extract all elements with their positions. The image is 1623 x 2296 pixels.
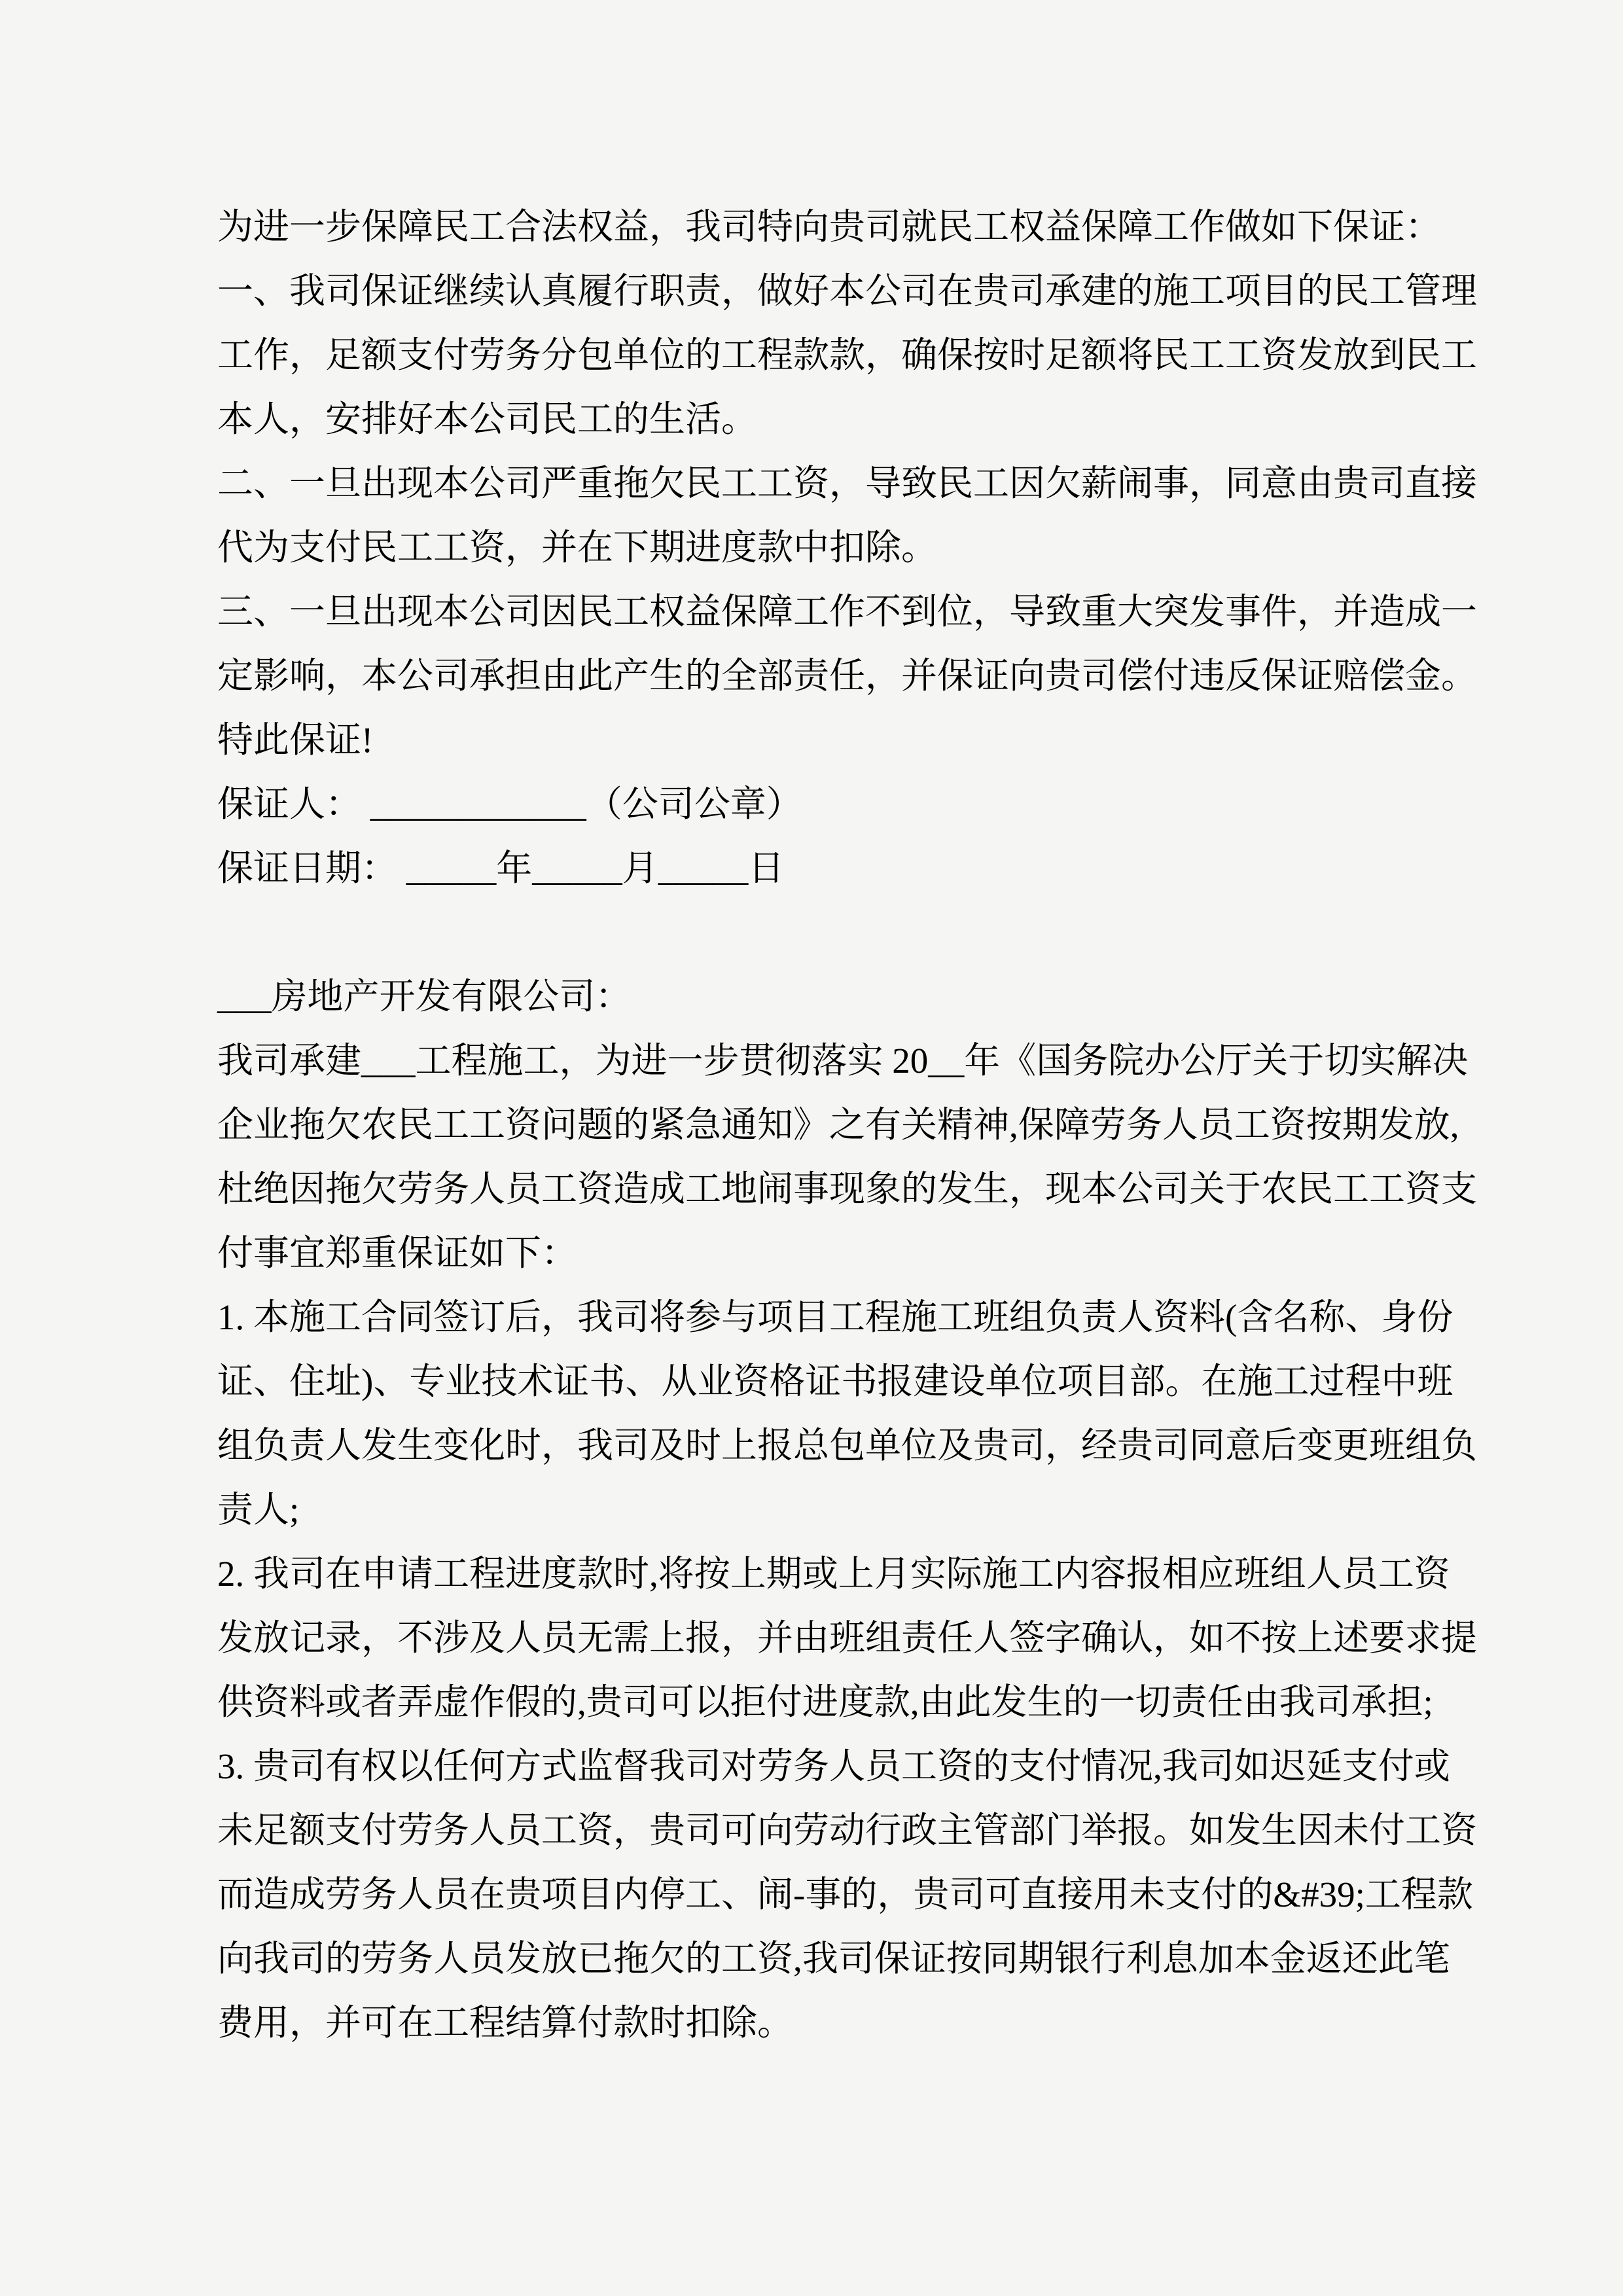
- text-line: 2. 我司在申请工程进度款时,将按上期或上月实际施工内容报相应班组人员工资: [217, 1542, 1395, 1606]
- text-line: 本人，安排好本公司民工的生活。: [217, 387, 1395, 452]
- text-line: 3. 贵司有权以任何方式监督我司对劳务人员工资的支付情况,我司如迟延支付或: [217, 1734, 1395, 1799]
- text-line: ___房地产开发有限公司：: [217, 965, 1395, 1029]
- document-body: 为进一步保障民工合法权益，我司特向贵司就民工权益保障工作做如下保证：一、我司保证…: [217, 195, 1395, 2055]
- text-line: 证、住址)、专业技术证书、从业资格证书报建设单位项目部。在施工过程中班: [217, 1350, 1395, 1414]
- blank-line: [217, 901, 1395, 965]
- text-line: 责人;: [217, 1478, 1395, 1542]
- text-line: 组负责人发生变化时，我司及时上报总包单位及贵司，经贵司同意后变更班组负: [217, 1414, 1395, 1478]
- text-line: 未足额支付劳务人员工资，贵司可向劳动行政主管部门举报。如发生因未付工资: [217, 1799, 1395, 1863]
- text-line: 特此保证!: [217, 708, 1395, 772]
- document-page: 为进一步保障民工合法权益，我司特向贵司就民工权益保障工作做如下保证：一、我司保证…: [0, 0, 1623, 2296]
- text-line: 费用，并可在工程结算付款时扣除。: [217, 1991, 1395, 2055]
- text-line: 企业拖欠农民工工资问题的紧急通知》之有关精神,保障劳务人员工资按期发放,: [217, 1093, 1395, 1157]
- text-line: 定影响，本公司承担由此产生的全部责任，并保证向贵司偿付违反保证赔偿金。: [217, 644, 1395, 708]
- text-line: 向我司的劳务人员发放已拖欠的工资,我司保证按同期银行利息加本金返还此笔: [217, 1927, 1395, 1991]
- page-background: { "page": { "background_color": "#f5f5f3…: [0, 0, 1623, 2296]
- text-line: 代为支付民工工资，并在下期进度款中扣除。: [217, 516, 1395, 580]
- text-line: 二、一旦出现本公司严重拖欠民工工资，导致民工因欠薪闹事，同意由贵司直接: [217, 452, 1395, 516]
- text-line: 保证日期： _____年_____月_____日: [217, 836, 1395, 901]
- text-line: 供资料或者弄虚作假的,贵司可以拒付进度款,由此发生的一切责任由我司承担;: [217, 1670, 1395, 1734]
- text-line: 我司承建___工程施工，为进一步贯彻落实 20__年《国务院办公厅关于切实解决: [217, 1029, 1395, 1093]
- text-line: 工作，足额支付劳务分包单位的工程款款，确保按时足额将民工工资发放到民工: [217, 323, 1395, 387]
- text-line: 付事宜郑重保证如下：: [217, 1221, 1395, 1285]
- text-line: 发放记录，不涉及人员无需上报，并由班组责任人签字确认，如不按上述要求提: [217, 1606, 1395, 1670]
- text-line: 1. 本施工合同签订后，我司将参与项目工程施工班组负责人资料(含名称、身份: [217, 1285, 1395, 1350]
- text-line: 杜绝因拖欠劳务人员工资造成工地闹事现象的发生，现本公司关于农民工工资支: [217, 1157, 1395, 1221]
- text-line: 一、我司保证继续认真履行职责，做好本公司在贵司承建的施工项目的民工管理: [217, 259, 1395, 323]
- text-line: 保证人： ____________（公司公章）: [217, 772, 1395, 836]
- text-line: 而造成劳务人员在贵项目内停工、闹-事的，贵司可直接用未支付的&#39;工程款: [217, 1863, 1395, 1927]
- text-line: 三、一旦出现本公司因民工权益保障工作不到位，导致重大突发事件，并造成一: [217, 580, 1395, 644]
- text-line: 为进一步保障民工合法权益，我司特向贵司就民工权益保障工作做如下保证：: [217, 195, 1395, 259]
